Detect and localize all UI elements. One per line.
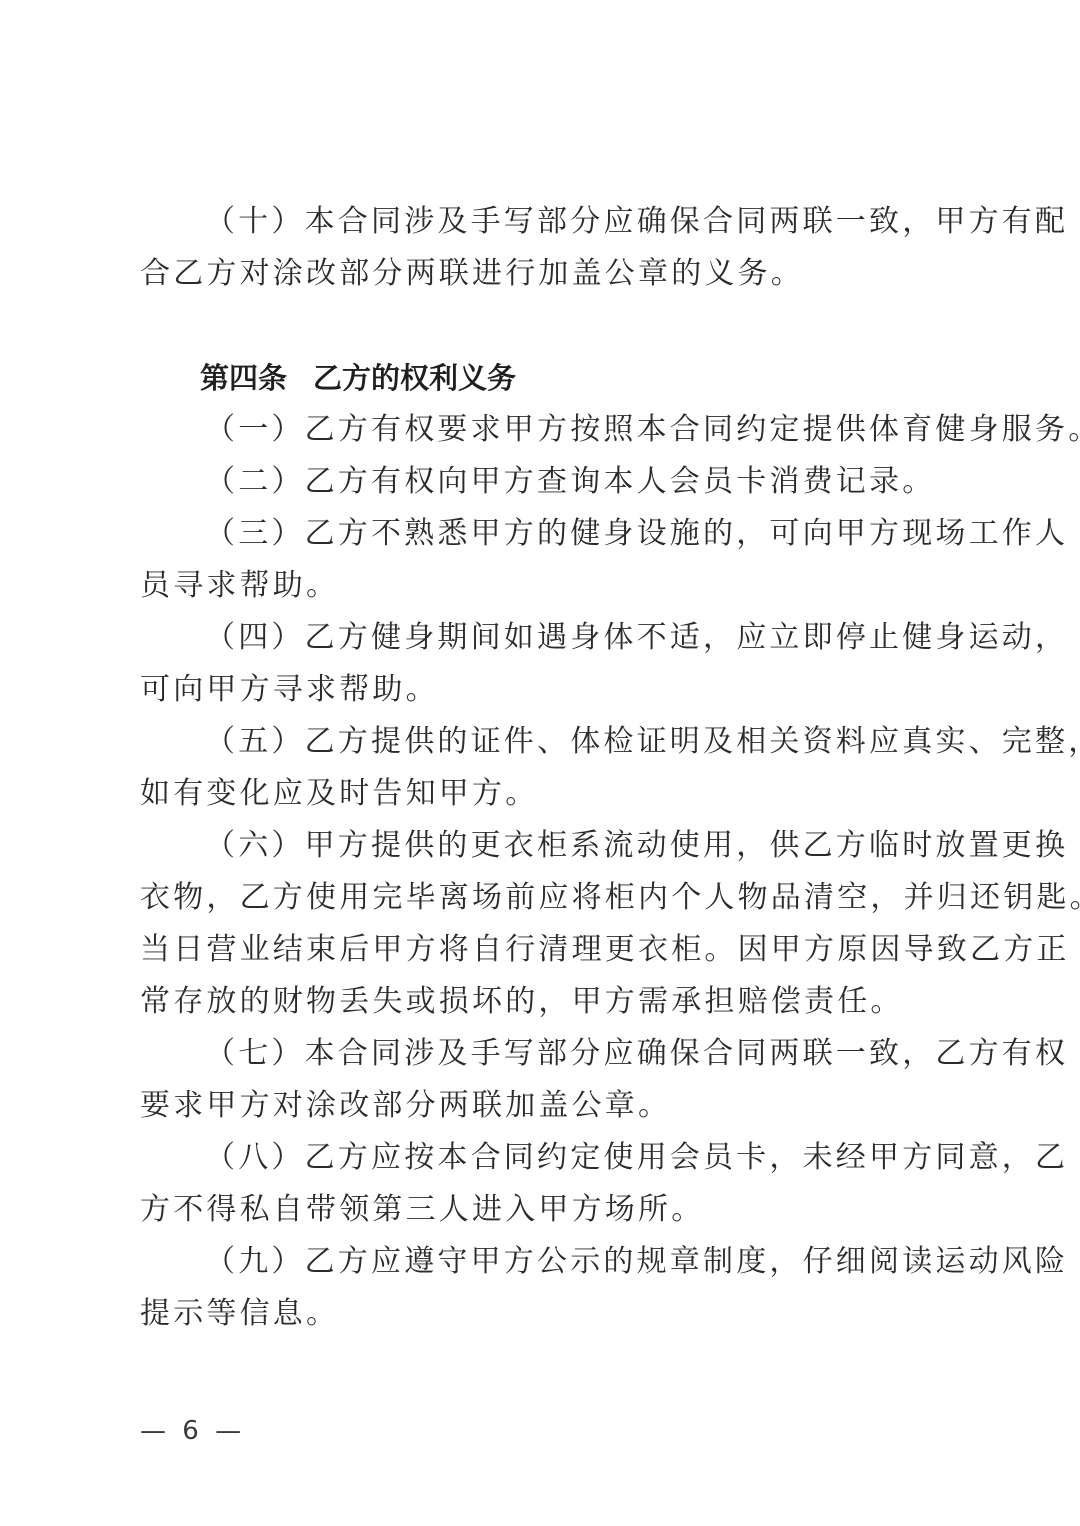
article-4-heading: 第四条乙方的权利义务 bbox=[200, 358, 516, 398]
clause-2-line-1: （二）乙方有权向甲方查询本人会员卡消费记录。 bbox=[205, 462, 955, 502]
clause-7-line-2: 要求甲方对涂改部分两联加盖公章。 bbox=[140, 1086, 950, 1126]
article-4-title: 乙方的权利义务 bbox=[313, 361, 516, 395]
clause-6-line-3: 当日营业结束后甲方将自行清理更衣柜。因甲方原因导致乙方正 bbox=[140, 930, 950, 970]
clause-7-line-1: （七）本合同涉及手写部分应确保合同两联一致，乙方有权 bbox=[205, 1034, 955, 1074]
clause-6-line-4: 常存放的财物丢失或损坏的，甲方需承担赔偿责任。 bbox=[140, 982, 950, 1022]
clause-9-line-2: 提示等信息。 bbox=[140, 1294, 950, 1334]
clause-6-line-2: 衣物，乙方使用完毕离场前应将柜内个人物品清空，并归还钥匙。 bbox=[140, 878, 950, 918]
clause-8-line-1: （八）乙方应按本合同约定使用会员卡，未经甲方同意，乙 bbox=[205, 1138, 955, 1178]
clause-6-line-1: （六）甲方提供的更衣柜系流动使用，供乙方临时放置更换 bbox=[205, 826, 955, 866]
clause-1-line-1: （一）乙方有权要求甲方按照本合同约定提供体育健身服务。 bbox=[205, 410, 955, 450]
clause-4-line-2: 可向甲方寻求帮助。 bbox=[140, 670, 950, 710]
clause-8-line-2: 方不得私自带领第三人进入甲方场所。 bbox=[140, 1190, 950, 1230]
clause-4-line-1: （四）乙方健身期间如遇身体不适，应立即停止健身运动， bbox=[205, 618, 955, 658]
clause-10-line-2: 合乙方对涂改部分两联进行加盖公章的义务。 bbox=[140, 254, 950, 294]
clause-9-line-1: （九）乙方应遵守甲方公示的规章制度，仔细阅读运动风险 bbox=[205, 1242, 955, 1282]
clause-3-line-2: 员寻求帮助。 bbox=[140, 566, 950, 606]
clause-5-line-1: （五）乙方提供的证件、体检证明及相关资料应真实、完整， bbox=[205, 722, 955, 762]
document-page: （十）本合同涉及手写部分应确保合同两联一致，甲方有配 合乙方对涂改部分两联进行加… bbox=[0, 0, 1080, 1526]
clause-5-line-2: 如有变化应及时告知甲方。 bbox=[140, 774, 950, 814]
article-4-number: 第四条 bbox=[200, 361, 287, 395]
page-number: — 6 — bbox=[140, 1411, 245, 1451]
clause-3-line-1: （三）乙方不熟悉甲方的健身设施的，可向甲方现场工作人 bbox=[205, 514, 955, 554]
clause-10-line-1: （十）本合同涉及手写部分应确保合同两联一致，甲方有配 bbox=[205, 202, 955, 242]
